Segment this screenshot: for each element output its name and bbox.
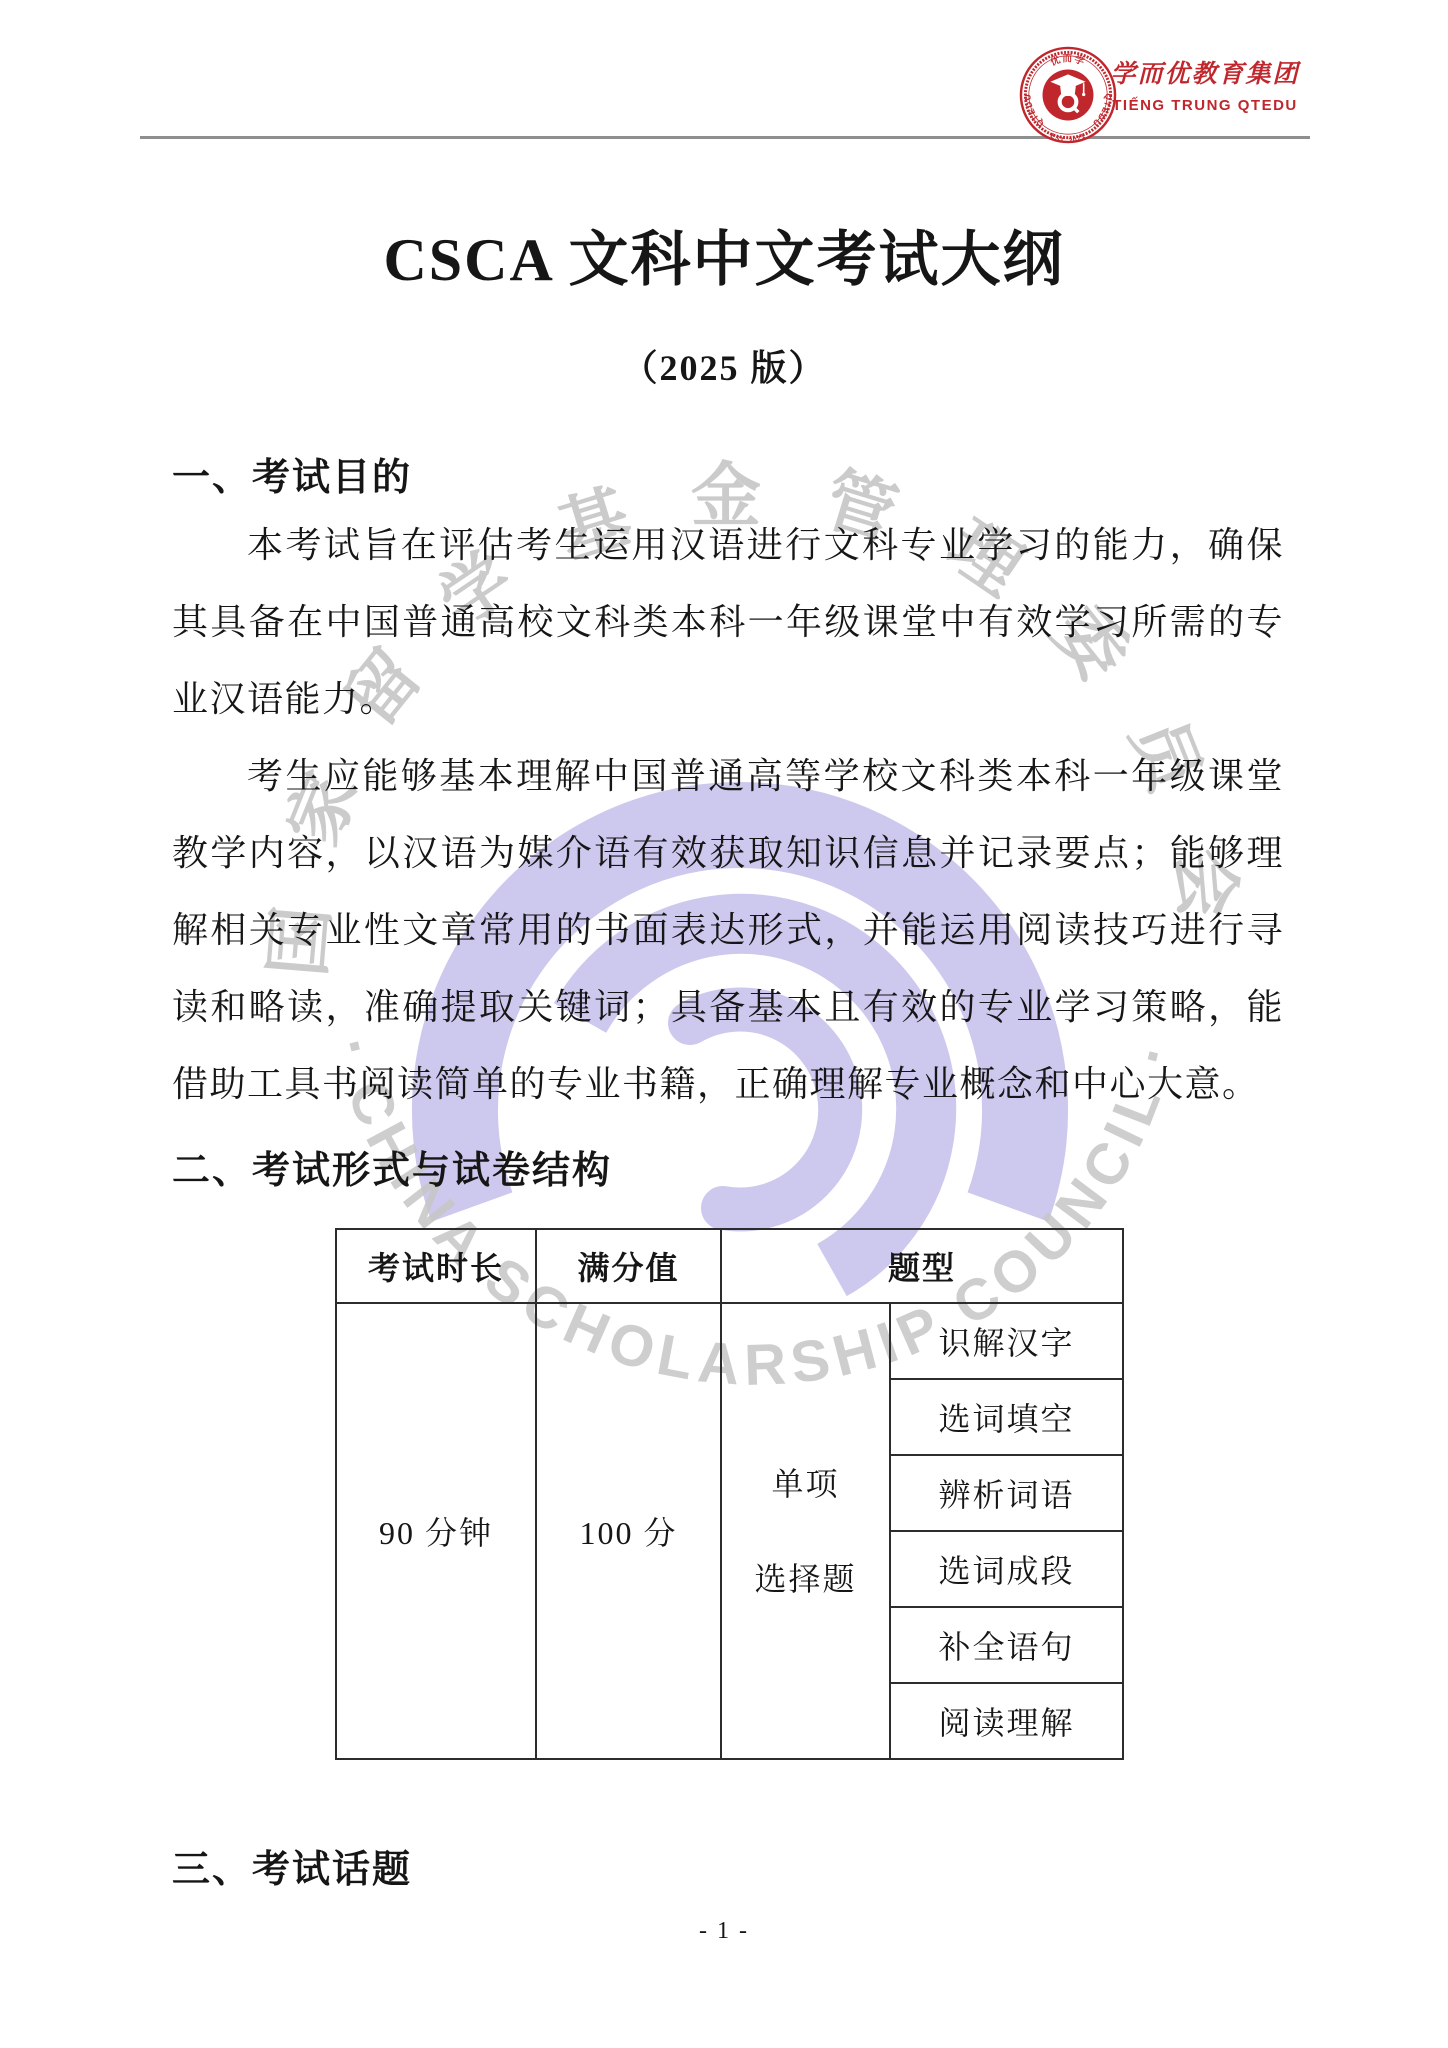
section3-heading: 三、考试话题 [172,1838,412,1893]
document-title: CSCA 文科中文考试大纲 [0,212,1448,298]
table-row: 90 分钟 100 分 单项 选择题 识解汉字 [336,1303,1123,1379]
document-content: CSCA 文科中文考试大纲 （2025 版） 一、考试目的 本考试旨在评估考生运… [0,0,1448,2048]
question-type-line1: 单项 [722,1459,889,1509]
paragraph: 考生应能够基本理解中国普通高等学校文科类本科一年级课堂教学内容，以汉语为媒介语有… [172,738,1284,1123]
section1-heading: 一、考试目的 [172,446,412,501]
column-header-question-type: 题型 [721,1229,1123,1303]
duration-cell: 90 分钟 [336,1303,536,1759]
brand-block: 学而优教育集团 TIẾNG TRUNG QTEDU [1100,54,1310,114]
section2-heading: 二、考试形式与试卷结构 [172,1139,612,1194]
subtype-cell: 阅读理解 [890,1683,1123,1759]
cap-tassel-knob [1082,93,1085,96]
brand-name-chinese: 学而优教育集团 [1100,54,1310,90]
subtype-cell: 辨析词语 [890,1455,1123,1531]
exam-structure-table: 考试时长 满分值 题型 90 分钟 100 分 单项 选择题 识解汉字 选词填空… [335,1228,1124,1760]
paragraph: 本考试旨在评估考生运用汉语进行文科专业学习的能力，确保其具备在中国普通高校文科类… [172,507,1284,738]
subtype-cell: 识解汉字 [890,1303,1123,1379]
question-type-spacer [722,1509,889,1554]
subtype-cell: 选词填空 [890,1379,1123,1455]
section1-body: 本考试旨在评估考生运用汉语进行文科专业学习的能力，确保其具备在中国普通高校文科类… [172,507,1284,1123]
score-cell: 100 分 [536,1303,721,1759]
column-header-duration: 考试时长 [336,1229,536,1303]
brand-name-vietnamese: TIẾNG TRUNG QTEDU [1100,97,1310,114]
question-type-cell: 单项 选择题 [721,1303,890,1759]
page-number: - 1 - [0,1918,1448,1945]
question-type-line2: 选择题 [722,1554,889,1604]
document-subtitle: （2025 版） [0,340,1448,391]
table-header-row: 考试时长 满分值 题型 [336,1229,1123,1303]
column-header-score: 满分值 [536,1229,721,1303]
subtype-cell: 补全语句 [890,1607,1123,1683]
subtype-cell: 选词成段 [890,1531,1123,1607]
document-page: 国家留学基金管理委员会 · CHINA SCHOLARSHIP COUNCIL … [0,0,1448,2048]
